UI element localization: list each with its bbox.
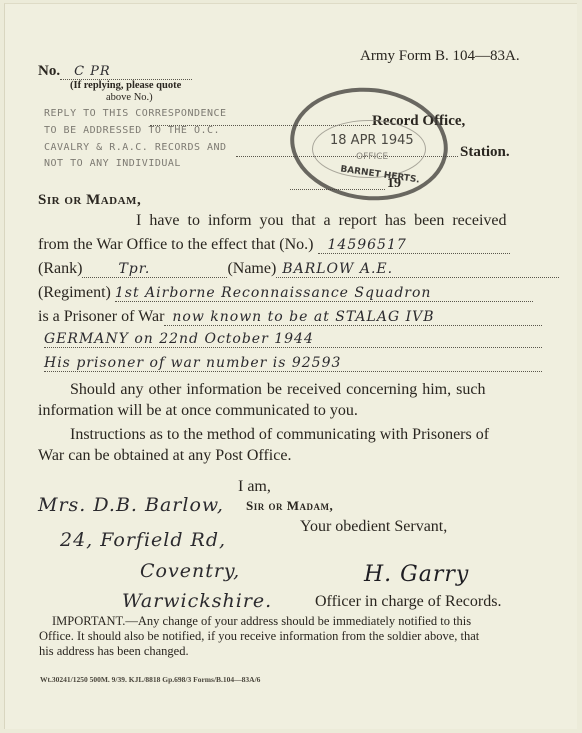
rank-name-row: (Rank)Tpr.(Name)BARLOW A.E. — [38, 260, 559, 278]
reply-stamp-line-3: CAVALRY & R.A.C. RECORDS AND — [44, 142, 227, 153]
rank-label: (Rank) — [38, 260, 82, 277]
stamp-date: 18 APR 1945 — [330, 133, 414, 148]
reply-stamp-line-2: TO BE ADDRESSED TO THE O.C. — [44, 125, 220, 136]
closing-servant: Your obedient Servant, — [300, 518, 447, 536]
station-label: Station. — [460, 144, 510, 161]
closing-sir-or-madam: Sir or Madam, — [246, 498, 333, 514]
addressee-line-4: Warwickshire. — [122, 590, 272, 612]
important-line-1: IMPORTANT.—Any change of your address sh… — [52, 614, 471, 629]
footer-print-code: Wt.30241/1250 500M. 9/39. KJL/8818 Gp.69… — [40, 675, 260, 684]
pow-line-2-row: GERMANY on 22nd October 1944 — [44, 330, 542, 348]
addressee-line-1: Mrs. D.B. Barlow, — [38, 494, 224, 516]
reference-no-label: No. — [38, 63, 60, 79]
officer-label: Officer in charge of Records. — [315, 593, 501, 611]
para3-line-2: War can be obtained at any Post Office. — [38, 447, 291, 465]
service-number: 14596517 — [318, 237, 510, 254]
pow-label: is a Prisoner of War — [38, 308, 164, 325]
addressee-line-2: 24, Forfield Rd, — [60, 529, 226, 551]
pow-row: is a Prisoner of Warnow known to be at S… — [38, 308, 542, 326]
name-label: (Name) — [227, 260, 276, 277]
officer-signature: H. Garry — [364, 562, 469, 587]
pow-line-2: GERMANY on 22nd October 1944 — [44, 331, 542, 348]
reply-stamp-line-1: REPLY TO THIS CORRESPONDENCE — [44, 108, 227, 119]
addressee-line-3: Coventry, — [140, 560, 240, 582]
important-line-3: his address has been changed. — [39, 644, 189, 659]
reference-note-2: above No.) — [106, 92, 153, 103]
reference-note-1: (If replying, please quote — [70, 80, 181, 91]
reference-no-field: No.C PR — [38, 63, 192, 80]
form-number: Army Form B. 104—83A. — [360, 48, 520, 65]
salutation: Sir or Madam, — [38, 192, 141, 209]
name-value: BARLOW A.E. — [276, 261, 559, 278]
reply-stamp-line-4: NOT TO ANY INDIVIDUAL — [44, 158, 181, 169]
regiment-label: (Regiment) — [38, 284, 111, 301]
pow-line-1: now known to be at STALAG IVB — [164, 309, 542, 326]
intro-line-1: I have to inform you that a report has b… — [136, 212, 507, 230]
pow-line-3: His prisoner of war number is 92593 — [44, 355, 542, 372]
intro-line-2: from the War Office to the effect that (… — [38, 236, 510, 254]
para3-line-1: Instructions as to the method of communi… — [70, 426, 489, 444]
stamp-inner-text: OFFICE — [356, 152, 388, 162]
regiment-value: 1st Airborne Reconnaissance Squadron — [115, 285, 533, 302]
reference-no-value: C PR — [60, 64, 192, 80]
para2-line-2: information will be at once communicated… — [38, 402, 358, 420]
pow-line-3-row: His prisoner of war number is 92593 — [44, 354, 542, 372]
rank-value: Tpr. — [82, 261, 227, 278]
important-line-2: Office. It should also be notified, if y… — [39, 629, 479, 644]
regiment-row: (Regiment) 1st Airborne Reconnaissance S… — [38, 284, 533, 302]
para2-line-1: Should any other information be received… — [70, 381, 485, 399]
closing-i-am: I am, — [238, 478, 271, 496]
